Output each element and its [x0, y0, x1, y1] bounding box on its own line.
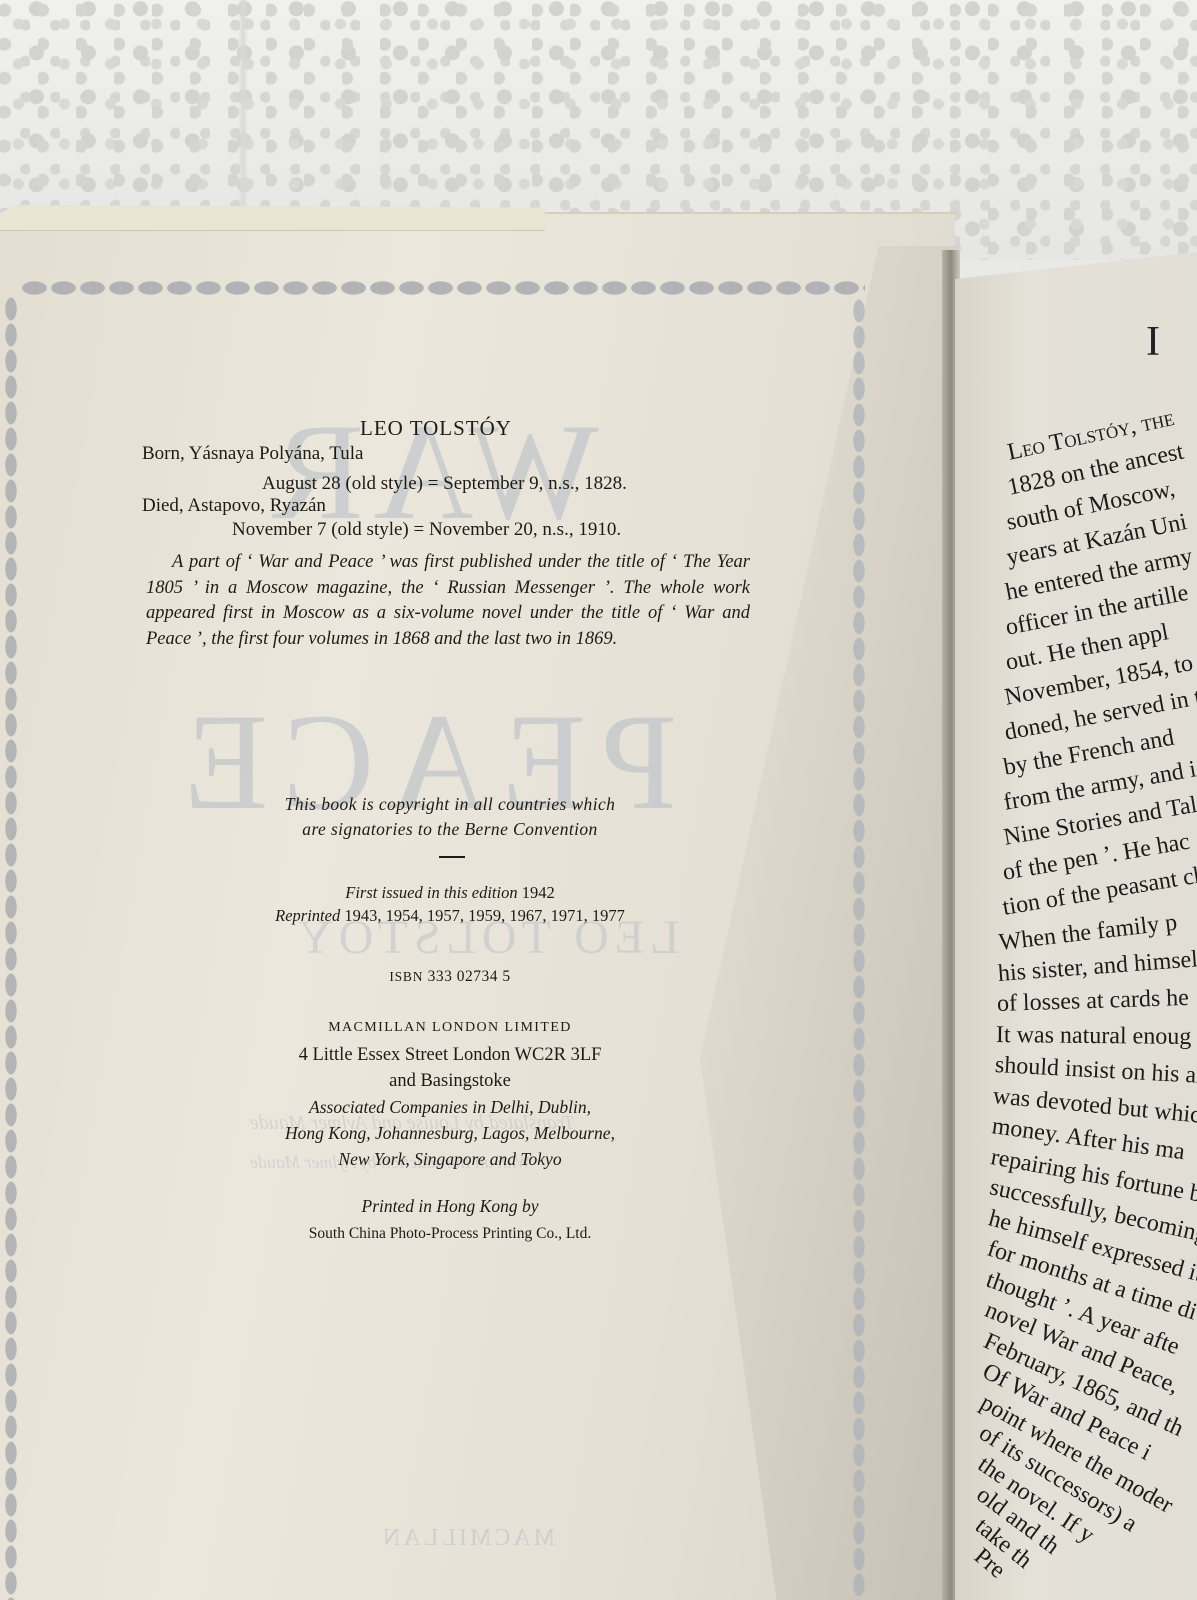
reprinted-label: Reprinted [275, 906, 340, 925]
isbn-value: 333 02734 5 [428, 968, 511, 985]
associated-companies: Associated Companies in Delhi, Dublin, H… [200, 1094, 700, 1172]
copyright-line-1: This book is copyright in all countries … [200, 792, 700, 817]
first-issued-year: 1942 [522, 883, 555, 902]
address-line-2: and Basingstoke [200, 1068, 700, 1094]
printer-name: South China Photo-Process Printing Co., … [200, 1225, 700, 1243]
right-page-line: It was natural enoug [995, 1022, 1191, 1051]
printed-in-line: Printed in Hong Kong by [200, 1196, 700, 1217]
born-place: Born, Yásnaya Polyána, Tula [142, 443, 363, 465]
died-place: Died, Astapovo, Ryazán [142, 495, 326, 517]
publication-history-note: A part of ‘ War and Peace ’ was first pu… [146, 550, 750, 652]
decorative-border-left [4, 296, 18, 1600]
author-heading: LEO TOLSTÓY [360, 416, 512, 441]
wall-seam [238, 0, 248, 230]
isbn-label: ISBN [389, 969, 423, 984]
associated-line-1: Associated Companies in Delhi, Dublin, [200, 1094, 700, 1120]
reprinted-line: Reprinted 1943, 1954, 1957, 1959, 1967, … [200, 906, 700, 926]
isbn-line: ISBN 333 02734 5 [200, 968, 700, 986]
reprinted-years: 1943, 1954, 1957, 1959, 1967, 1971, 1977 [344, 906, 625, 925]
decorative-border-top [20, 280, 865, 296]
associated-line-2: Hong Kong, Johannesburg, Lagos, Melbourn… [200, 1120, 700, 1146]
died-date: November 7 (old style) = November 20, n.… [232, 519, 621, 541]
bleed-through-publisher: MACMILLAN [380, 1525, 555, 1552]
publisher-address: 4 Little Essex Street London WC2R 3LF an… [200, 1042, 700, 1094]
born-date: August 28 (old style) = September 9, n.s… [262, 473, 627, 495]
publisher-name: MACMILLAN LONDON LIMITED [200, 1020, 700, 1036]
first-issued-line: First issued in this edition 1942 [200, 880, 700, 906]
chapter-heading: I [1146, 318, 1160, 366]
decorative-border-right [852, 298, 866, 1600]
first-issued-label: First issued in this edition [345, 883, 517, 902]
left-page-top-edge [0, 205, 545, 231]
separator-rule [439, 856, 465, 858]
associated-line-3: New York, Singapore and Tokyo [200, 1146, 700, 1172]
copyright-line-2: are signatories to the Berne Convention [200, 817, 700, 842]
copyright-notice: This book is copyright in all countries … [200, 792, 700, 842]
address-line-1: 4 Little Essex Street London WC2R 3LF [200, 1042, 700, 1068]
